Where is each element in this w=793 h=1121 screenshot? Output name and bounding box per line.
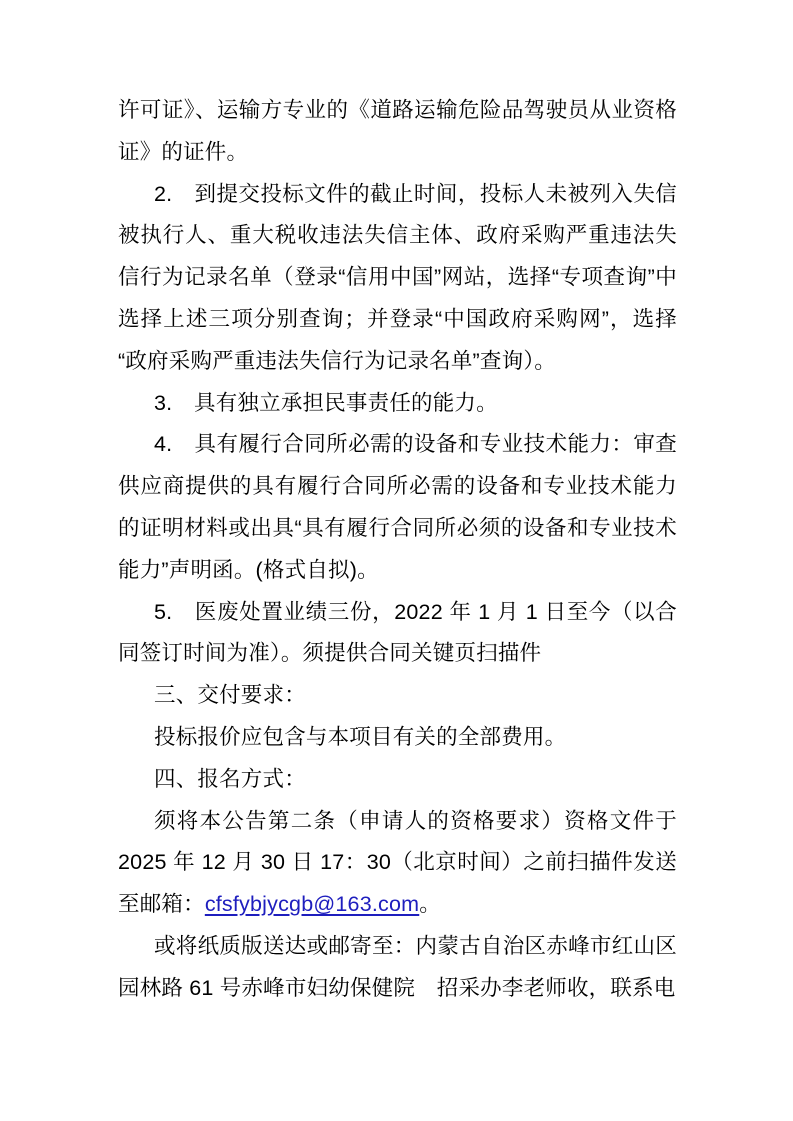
paragraph-section-3-delivery-heading: 三、交付要求： xyxy=(118,675,677,717)
paragraph-item-2-credit-record: 2. 到提交投标文件的截止时间，投标人未被列入失信被执行人、重大税收违法失信主体… xyxy=(118,174,677,383)
registration-text-after-email: 。 xyxy=(419,892,441,916)
paragraph-license-continuation: 许可证》、运输方专业的《道路运输危险品驾驶员从业资格证》的证件。 xyxy=(118,90,677,174)
document-page: 许可证》、运输方专业的《道路运输危险品驾驶员从业资格证》的证件。 2. 到提交投… xyxy=(0,0,793,1121)
paragraph-section-4-registration-heading: 四、报名方式： xyxy=(118,759,677,801)
paragraph-mailing-address: 或将纸质版送达或邮寄至：内蒙古自治区赤峰市红山区园林路 61 号赤峰市妇幼保健院… xyxy=(118,926,677,1010)
paragraph-bid-price-note: 投标报价应包含与本项目有关的全部费用。 xyxy=(118,717,677,759)
document-content: 许可证》、运输方专业的《道路运输危险品驾驶员从业资格证》的证件。 2. 到提交投… xyxy=(118,0,677,1010)
paragraph-item-5-performance-record: 5. 医废处置业绩三份，2022 年 1 月 1 日至今（以合同签订时间为准）。… xyxy=(118,592,677,676)
paragraph-registration-email-instruction: 须将本公告第二条（申请人的资格要求）资格文件于 2025 年 12 月 30 日… xyxy=(118,801,677,926)
paragraph-item-4-equipment-capability: 4. 具有履行合同所必需的设备和专业技术能力：审查供应商提供的具有履行合同所必需… xyxy=(118,424,677,591)
email-link[interactable]: cfsfybjycgb@163.com xyxy=(205,892,419,916)
paragraph-item-3-civil-liability: 3. 具有独立承担民事责任的能力。 xyxy=(118,383,677,425)
